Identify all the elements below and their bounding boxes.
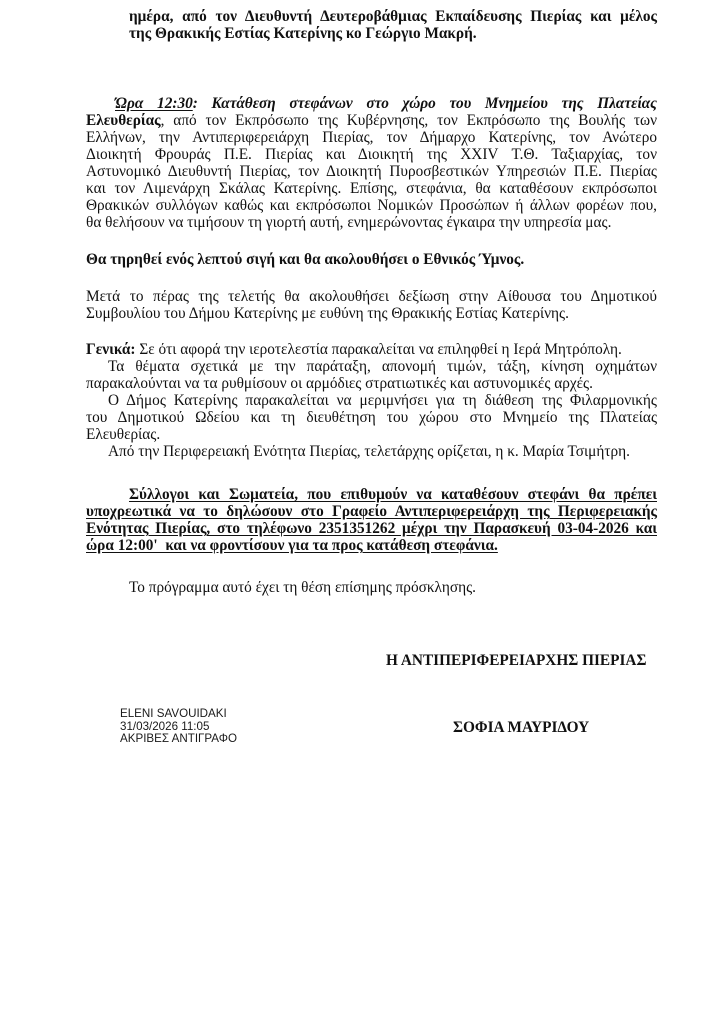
associations-notice: Σύλλογοι και Σωματεία, που επιθυμούν να … xyxy=(86,486,657,554)
general-line: του Δημοτικού Ωδείου και τη διευθέτηση τ… xyxy=(86,409,657,426)
wreath-heading-line: Ώρα 12:30: Κατάθεση στεφάνων στο χώρο το… xyxy=(86,95,657,112)
general-section: Γενικά: Σε ότι αφορά την ιεροτελεστία πα… xyxy=(86,341,657,460)
general-line: παρακαλούνται να τα ρυθμίσουν οι αρμόδιε… xyxy=(86,375,657,392)
wreath-line: θα θελήσουν να τιμήσουν τη γιορτή αυτή, … xyxy=(86,214,657,231)
notice-line: Σύλλογοι και Σωματεία, που επιθυμούν να … xyxy=(86,486,657,503)
document-page: ημέρα, από τον Διευθυντή Δευτεροβάθμιας … xyxy=(0,0,724,1024)
silence-paragraph: Θα τηρηθεί ενός λεπτού σιγή και θα ακολο… xyxy=(86,251,657,268)
general-label: Γενικά: xyxy=(86,341,136,358)
silence-line: Θα τηρηθεί ενός λεπτού σιγή και θα ακολο… xyxy=(86,251,657,268)
wreath-line: Ελευθερίας, από τον Εκπρόσωπο της Κυβέρν… xyxy=(86,112,657,129)
general-line: Από την Περιφερειακή Ενότητα Πιερίας, τε… xyxy=(86,443,657,460)
general-first-text: Σε ότι αφορά την ιεροτελεστία παρακαλείτ… xyxy=(136,341,622,358)
general-first-line: Γενικά: Σε ότι αφορά την ιεροτελεστία πα… xyxy=(86,341,657,358)
square-name: Ελευθερίας xyxy=(86,112,161,129)
stamp-label: ΑΚΡΙΒΕΣ ΑΝΤΙΓΡΑΦΟ xyxy=(120,733,237,746)
signature-title: Η ΑΝΤΙΠΕΡΙΦΕΡΕΙΑΡΧΗΣ ΠΙΕΡΙΑΣ xyxy=(386,652,646,669)
notice-line: ώρα 12:00' και να φροντίσουν για τα προς… xyxy=(86,537,657,554)
signature-name: ΣΟΦΙΑ ΜΑΥΡΙΔΟΥ xyxy=(453,719,589,736)
notice-line: Ενότητας Πιερίας, στο τηλέφωνο 235135126… xyxy=(86,520,657,537)
invitation-note: Το πρόγραμμα αυτό έχει τη θέση επίσημης … xyxy=(129,579,657,596)
stamp-signer: ELENI SAVOUIDAKI xyxy=(120,708,237,721)
intro-paragraph: ημέρα, από τον Διευθυντή Δευτεροβάθμιας … xyxy=(129,8,657,42)
reception-line: Μετά το πέρας της τελετής θα ακολουθήσει… xyxy=(86,288,657,305)
general-line: Ο Δήμος Κατερίνης παρακαλείται να μεριμν… xyxy=(86,392,657,409)
copy-stamp: ELENI SAVOUIDAKI 31/03/2026 11:05 ΑΚΡΙΒΕ… xyxy=(120,708,237,746)
wreath-line: Θρακικών συλλόγων καθώς και εκπρόσωποι Ν… xyxy=(86,197,657,214)
reception-line: Συμβουλίου του Δήμου Κατερίνης με ευθύνη… xyxy=(86,305,657,322)
reception-paragraph: Μετά το πέρας της τελετής θα ακολουθήσει… xyxy=(86,288,657,322)
wreath-line: Αστυνομικό Διευθυντή Πιερίας, τον Διοικη… xyxy=(86,163,657,180)
wreath-line-text: , από τον Εκπρόσωπο της Κυβέρνησης, τον … xyxy=(161,112,657,129)
wreath-line: Ελλήνων, την Αντιπεριφερειάρχη Πιερίας, … xyxy=(86,129,657,146)
wreath-heading: Κατάθεση στεφάνων στο χώρο του Μνημείου … xyxy=(198,95,657,112)
wreath-paragraph: Ώρα 12:30: Κατάθεση στεφάνων στο χώρο το… xyxy=(86,95,657,231)
wreath-line: και τον Λιμενάρχη Σκάλας Κατερίνης. Επίσ… xyxy=(86,180,657,197)
invitation-line: Το πρόγραμμα αυτό έχει τη θέση επίσημης … xyxy=(129,579,657,596)
intro-line: της Θρακικής Εστίας Κατερίνης κο Γεώργιο… xyxy=(129,25,657,42)
general-line: Ελευθερίας. xyxy=(86,426,657,443)
intro-line: ημέρα, από τον Διευθυντή Δευτεροβάθμιας … xyxy=(129,8,657,25)
notice-line: υποχρεωτικά να το δηλώσουν στο Γραφείο Α… xyxy=(86,503,657,520)
general-line: Τα θέματα σχετικά με την παράταξη, απονο… xyxy=(86,358,657,375)
time-label: Ώρα 12:30 xyxy=(115,95,193,112)
wreath-line: Διοικητή Φρουράς Π.Ε. Πιερίας και Διοικη… xyxy=(86,146,657,163)
